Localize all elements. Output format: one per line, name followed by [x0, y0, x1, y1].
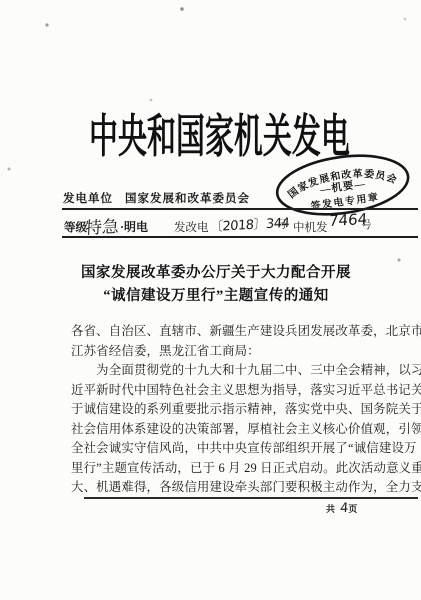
body-line: 为全面贯彻党的十九大和十九届二中、三中全会精神，以习: [71, 361, 413, 381]
doc-number-prefix: 发改电: [174, 219, 209, 235]
notice-title-line2: “诚信建设万里行”主题宣传的通知: [16, 285, 416, 308]
notice-title-line1: 国家发展改革委办公厅关于大力配合开展: [16, 262, 416, 285]
document-page: 中央和国家机关发电 国家发展和改革委员会 —机要— 签发电专用章 发电单位国家发…: [0, 0, 421, 600]
grade-label: 等级: [64, 219, 87, 235]
body-line: 大、机遇难得，各级信用建设牵头部门要积极主动作为，全力支: [71, 478, 413, 498]
scan-noise-specks: [0, 0, 2, 2]
body-line: 社会信用体系建设的决策部署，厚植社会主义核心价值观，引领: [71, 420, 413, 440]
header-rule-bottom: [62, 236, 418, 238]
notice-body: 各省、自治区、直辖市、新疆生产建设兵团发展改革委，北京市、 江苏省经信委，黑龙江…: [71, 322, 413, 498]
grade-row: 等级 特急 ·明电 发改电 〔2018〕344 号 中机发 7464 号: [0, 213, 421, 237]
serial-number-suffix: 号: [361, 217, 372, 232]
body-line: 近平新时代中国特色社会主义思想为指导，落实习近平总书记关: [71, 381, 413, 401]
page-count-suffix: 页: [348, 504, 362, 514]
page-count-prefix: 共: [326, 504, 340, 514]
sender-row: 发电单位国家发展和改革委员会: [63, 190, 250, 206]
grade-handwritten-value: 特急: [84, 212, 119, 239]
notice-title: 国家发展改革委办公厅关于大力配合开展 “诚信建设万里行”主题宣传的通知: [16, 262, 416, 308]
body-line: 各省、自治区、直辖市、新疆生产建设兵团发展改革委，北京市、: [71, 322, 413, 342]
grade-printed-value: ·明电: [120, 218, 148, 235]
body-line: 江苏省经信委，黑龙江省工商局：: [71, 342, 413, 362]
page-count: 共4页: [326, 501, 362, 516]
sender-value: 国家发展和改革委员会: [125, 193, 250, 205]
body-line: 于诚信建设的系列重要批示指示精神，落实党中央、国务院关于: [71, 400, 413, 420]
page-count-handwritten-number: 4: [340, 501, 349, 516]
sender-label: 发电单位: [63, 193, 113, 205]
doc-number-suffix: 号: [277, 216, 287, 231]
body-line: 里行”主题宣传活动，已于 6 月 29 日正式启动。此次活动意义重: [71, 459, 413, 479]
body-line: 全社会诚实守信风尚，中共中央宣传部组织开展了“诚信建设万: [71, 439, 413, 459]
footer-rule: [84, 497, 418, 499]
serial-number-prefix: 中机发: [293, 219, 328, 235]
